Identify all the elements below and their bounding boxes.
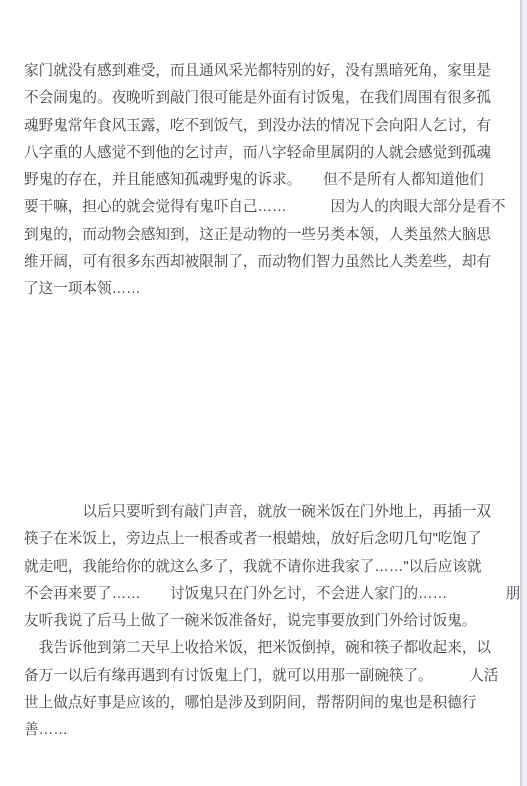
scrollbar-track[interactable] bbox=[520, 0, 527, 786]
paragraph-block-2: 以后只要听到有敲门声音，就放一碗米饭在门外地上，再插一双 筷子在米饭上，旁边点上… bbox=[24, 499, 514, 745]
document-page: 家门就没有感到难受，而且通风采光都特别的好，没有黑暗死角，家里是 不会闹鬼的。夜… bbox=[0, 0, 527, 786]
paragraph-block-1: 家门就没有感到难受，而且通风采光都特别的好，没有黑暗死角，家里是 不会闹鬼的。夜… bbox=[24, 58, 514, 304]
